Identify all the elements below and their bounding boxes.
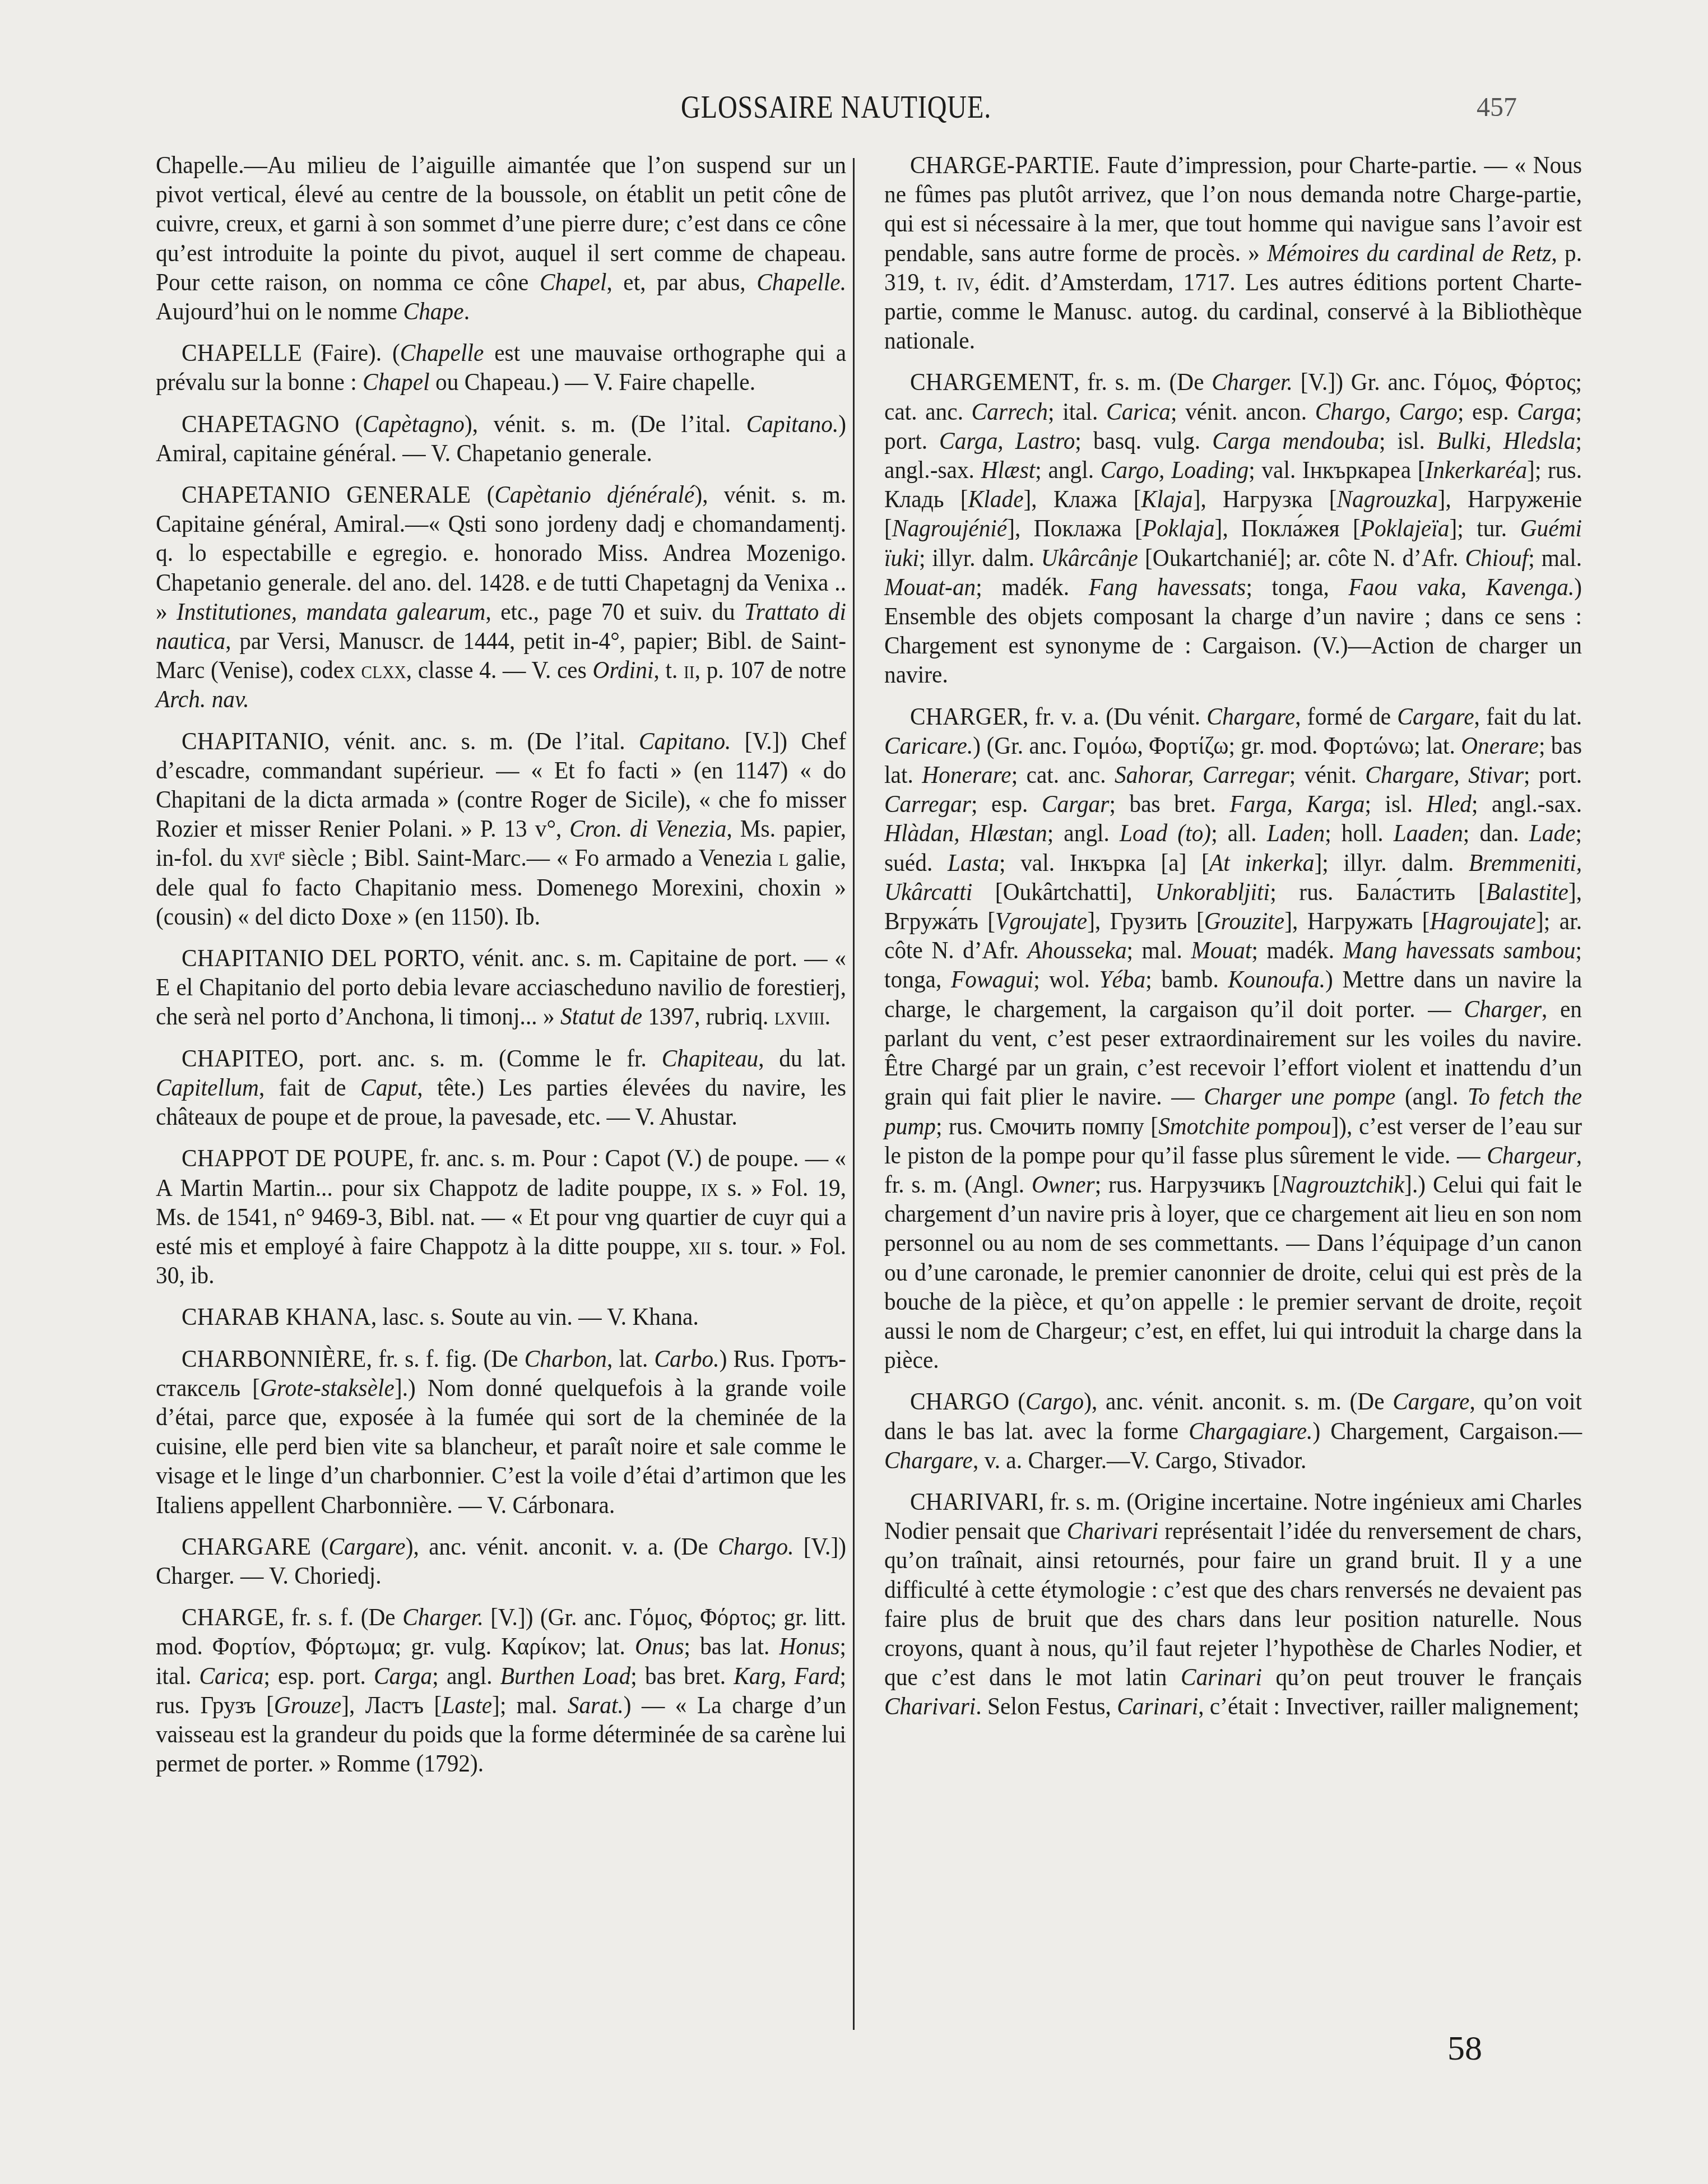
glossary-entry: CHARIVARI, fr. s. m. (Origine incertaine…	[884, 1487, 1582, 1721]
italic-term: Hlàdan, Hlæstan	[884, 819, 1047, 847]
entry-text: ), anc. vénit. anconit. v. a. (De	[406, 1532, 718, 1560]
entry-headword: CHARGARE	[182, 1532, 311, 1560]
italic-term: Institutiones, mandata galearum	[177, 597, 485, 625]
entry-text: ], Грузить [	[1087, 907, 1204, 935]
entry-text: ; holl.	[1325, 819, 1394, 847]
entry-text: ; all.	[1211, 819, 1266, 847]
italic-term: Capitellum	[156, 1073, 259, 1101]
italic-term: Laaden	[1394, 819, 1463, 847]
italic-term: Chargare	[884, 1446, 973, 1474]
entry-text: ; dan.	[1463, 819, 1529, 847]
entry-text: [Oukârtchatti],	[972, 878, 1155, 906]
entry-headword: CHAPITANIO	[182, 727, 324, 755]
italic-term: Poklajeïa	[1361, 514, 1450, 542]
entry-text: ; angl.	[1035, 456, 1101, 484]
left-column-text: Chapelle.—Au milieu de l’aiguille aimant…	[156, 150, 846, 1778]
italic-term: Mouat	[1191, 936, 1251, 964]
italic-term: Charger une pompe	[1204, 1082, 1395, 1110]
glossary-entry: CHARGER, fr. v. a. (Du vénit. Chargare, …	[884, 702, 1582, 1375]
entry-text: , et, par abus,	[607, 268, 757, 296]
italic-term: Laste	[442, 1691, 492, 1719]
entry-text: ; port.	[1524, 761, 1582, 789]
entry-text: (	[1010, 1387, 1025, 1415]
entry-text: (	[471, 480, 495, 508]
italic-term: Cargare	[328, 1532, 405, 1560]
italic-term: Poklaja	[1143, 514, 1215, 542]
italic-term: Carinari	[1181, 1663, 1262, 1691]
italic-term: Smotchite pompou	[1158, 1112, 1331, 1140]
italic-term: Carregar	[884, 790, 971, 818]
entry-headword: CHAPITANIO DEL PORTO	[182, 944, 460, 972]
entry-text: (	[340, 410, 363, 438]
italic-term: Capitano.	[746, 410, 838, 438]
italic-term: Caput	[360, 1073, 417, 1101]
italic-term: Charivari	[1067, 1517, 1158, 1545]
entry-text: , c’était : Invectiver, railler malignem…	[1198, 1692, 1579, 1720]
italic-term: Grouze	[274, 1691, 341, 1719]
entry-text: , du lat.	[758, 1044, 846, 1072]
glossary-entry: CHAPETANIO GENERALE (Capètanio djénéralé…	[156, 480, 846, 714]
entry-text: ), anc. vénit. anconit. s. m. (De	[1084, 1387, 1393, 1415]
entry-text: xii	[688, 1232, 711, 1260]
entry-headword: CHARAB KHANA	[182, 1302, 371, 1330]
italic-term: Charger	[1464, 995, 1542, 1023]
italic-term: Chargagiare.	[1189, 1417, 1312, 1445]
entry-text: ; angl.	[432, 1662, 500, 1690]
entry-text: ; esp.	[1458, 397, 1517, 425]
entry-text: ; basq. vulg.	[1075, 426, 1212, 455]
entry-text: (angl.	[1395, 1082, 1468, 1110]
italic-term: Klade	[968, 485, 1024, 513]
entry-text: [Oukartchanié]; ar. côte N. d’Afr.	[1138, 544, 1465, 572]
glossary-entry: CHARGE-PARTIE. Faute d’impression, pour …	[884, 150, 1582, 355]
italic-term: Honus	[779, 1632, 839, 1660]
italic-term: Chapelle.	[756, 268, 846, 296]
entry-text: ) Chargement, Cargaison.—	[1312, 1417, 1582, 1445]
italic-term: Vgroujate	[995, 907, 1087, 935]
entry-text: ; rus. Нагрузчикъ [	[1095, 1170, 1280, 1198]
entry-text: ]; illyr. dalm.	[1315, 848, 1469, 877]
entry-text: lxviii	[774, 1002, 825, 1030]
italic-term: Hlæst	[981, 456, 1036, 484]
entry-text: , fr. v. a. (Du vénit.	[1023, 702, 1206, 730]
glossary-entry: CHARAB KHANA, lasc. s. Soute au vin. — V…	[156, 1302, 846, 1331]
italic-term: Charger.	[402, 1603, 484, 1631]
entry-text: , v. a. Charger.—V. Cargo, Stivador.	[973, 1446, 1306, 1474]
entry-text: , fait du lat.	[1474, 702, 1582, 730]
running-title: GLOSSAIRE NAUTIQUE.	[681, 90, 991, 126]
italic-term: Honerare	[922, 761, 1011, 789]
entry-text: ; vénit. ancon.	[1171, 397, 1315, 425]
entry-headword: CHAPPOT DE POUPE	[182, 1144, 408, 1172]
italic-term: Cargo	[1025, 1387, 1084, 1415]
italic-term: Inkerkaréa	[1425, 456, 1527, 484]
italic-term: Chargare	[1206, 702, 1295, 730]
entry-text: ], Нагружать [	[1284, 907, 1429, 935]
entry-text: ; esp. port.	[263, 1662, 374, 1690]
italic-term: Carbo.	[654, 1344, 719, 1372]
glossary-entry: CHAPITANIO, vénit. anc. s. m. (De l’ital…	[156, 726, 846, 931]
italic-term: Chargare, Stivar	[1365, 761, 1524, 789]
italic-term: Onerare	[1461, 731, 1539, 759]
italic-term: Unkorabljiti	[1155, 878, 1270, 906]
italic-term: Laden	[1267, 819, 1325, 847]
italic-term: Cargo, Loading	[1101, 456, 1248, 484]
italic-term: Carica	[1106, 397, 1171, 425]
entry-text: ; bas bret.	[630, 1662, 734, 1690]
entry-text: , p. 107 de notre	[695, 656, 846, 684]
entry-text: xvi	[249, 843, 279, 871]
entry-text: ], Нагрузка [	[1193, 485, 1337, 513]
entry-text: , fr. s. m. (De	[1074, 368, 1212, 396]
entry-text: ; bas lat.	[684, 1632, 779, 1660]
left-column: Chapelle.—Au milieu de l’aiguille aimant…	[156, 150, 846, 1790]
italic-term: Burthen Load	[500, 1662, 631, 1690]
page-number: 457	[1477, 92, 1517, 123]
entry-text: ; isl.	[1379, 426, 1437, 455]
entry-text: Aujourd’hui on le nomme	[156, 297, 403, 325]
entry-text: ], Клажа [	[1024, 485, 1141, 513]
signature-mark: 58	[1447, 2029, 1482, 2069]
entry-headword: CHARIVARI	[910, 1487, 1038, 1515]
entry-text: ], Ластъ [	[341, 1691, 442, 1719]
entry-text: , lasc. s. Soute au vin. — V. Khana.	[371, 1302, 699, 1330]
entry-text: (Faire). (	[302, 339, 400, 367]
entry-text: ou Chapeau.) — V. Faire chapelle.	[430, 368, 755, 396]
italic-term: Nagroujénié	[892, 514, 1007, 542]
entry-headword: CHAPITEO	[182, 1044, 298, 1072]
entry-text: ii	[684, 656, 695, 684]
italic-term: Chargeur	[1487, 1141, 1576, 1169]
italic-term: Cargare	[1397, 702, 1474, 730]
italic-term: Yéba	[1099, 965, 1145, 993]
right-column: CHARGE-PARTIE. Faute d’impression, pour …	[884, 150, 1582, 1733]
italic-term: Arch. nav.	[156, 685, 249, 713]
entry-text: l	[778, 843, 788, 871]
italic-term: Carrech	[972, 397, 1048, 425]
entry-text: ; wol.	[1033, 965, 1099, 993]
italic-term: Chape	[403, 297, 464, 325]
entry-text: ᵉ siècle ; Bibl. Saint-Marc.— « Fo armad…	[279, 843, 779, 871]
entry-text: iv	[957, 268, 974, 296]
entry-headword: CHARBONNIÈRE	[182, 1344, 366, 1372]
entry-headword: CHARGO	[910, 1387, 1010, 1415]
italic-term: Chargo.	[718, 1532, 793, 1560]
entry-text: , port. anc. s. m. (Comme le fr.	[298, 1044, 661, 1072]
entry-headword: CHAPETAGNO	[182, 410, 340, 438]
italic-term: Lasta	[948, 848, 999, 877]
italic-term: Charger.	[1212, 368, 1293, 396]
entry-text: , lat.	[607, 1344, 654, 1372]
column-divider	[853, 158, 855, 2030]
entry-text: (	[311, 1532, 328, 1560]
glossary-entry: CHARGE, fr. s. f. (De Charger. [V.]) (Gr…	[156, 1602, 846, 1778]
italic-term: Karg, Fard	[734, 1662, 839, 1690]
entry-text: ; mal.	[1127, 936, 1191, 964]
glossary-entry: CHARGARE (Cargare), anc. vénit. anconit.…	[156, 1532, 846, 1590]
entry-text: ; mal.	[1528, 544, 1582, 572]
entry-text: , fait de	[259, 1073, 360, 1101]
entry-text: ; rus. Смочить помпу [	[936, 1112, 1158, 1140]
italic-term: Grouzite	[1204, 907, 1284, 935]
italic-term: Fowagui	[951, 965, 1033, 993]
italic-term: Capètanio djénéralé	[494, 480, 694, 508]
entry-text: ; rus. Бала́стить [	[1270, 878, 1486, 906]
entry-text: ), vénit. s. m. (De l’ital.	[465, 410, 746, 438]
entry-text: ; esp.	[971, 790, 1042, 818]
italic-term: At inkerka	[1209, 848, 1315, 877]
italic-term: Hled	[1427, 790, 1472, 818]
italic-term: Ordini	[593, 656, 654, 684]
entry-text: ; madék.	[976, 573, 1088, 601]
italic-term: Statut de	[560, 1002, 642, 1030]
italic-term: Onus	[635, 1632, 684, 1660]
entry-text: clxx	[361, 656, 406, 684]
entry-text: , fr. s. f. (De	[279, 1603, 402, 1631]
italic-term: Chapiteau	[662, 1044, 759, 1072]
italic-term: Balastite	[1486, 878, 1568, 906]
italic-term: Carica	[199, 1662, 263, 1690]
italic-term: Carinari	[1117, 1692, 1198, 1720]
italic-term: Capètagno	[363, 410, 465, 438]
right-column-text: CHARGE-PARTIE. Faute d’impression, pour …	[884, 150, 1582, 1721]
entry-text: 1397, rubriq.	[642, 1002, 774, 1030]
italic-term: Charivari	[884, 1692, 976, 1720]
italic-term: Carga mendouba	[1212, 426, 1379, 455]
glossary-entry: CHARBONNIÈRE, fr. s. f. fig. (De Charbon…	[156, 1344, 846, 1519]
entry-text: ; cat. anc.	[1011, 761, 1115, 789]
italic-term: Hagroujate	[1430, 907, 1536, 935]
entry-text: ix	[701, 1174, 718, 1202]
glossary-entry: CHAPITEO, port. anc. s. m. (Comme le fr.…	[156, 1044, 846, 1132]
italic-term: Faou vaka, Kavenga.	[1349, 573, 1575, 601]
italic-term: Carga, Lastro	[939, 426, 1075, 455]
italic-term: Kounoufa.	[1228, 965, 1325, 993]
entry-text: , fr. s. f. fig. (De	[366, 1344, 525, 1372]
entry-text: ]; mal.	[492, 1691, 568, 1719]
entry-text: ) (Gr. anc. Γομόω, Φορτίζω; gr. mod. Φορ…	[973, 731, 1461, 759]
italic-term: Carga	[374, 1662, 432, 1690]
entry-text: ; bas bret.	[1109, 790, 1229, 818]
italic-term: Caricare.	[884, 731, 973, 759]
entry-text: ], Поклажа [	[1007, 514, 1143, 542]
entry-text: ; val. Інкъркареа [	[1248, 456, 1425, 484]
italic-term: Chapel	[540, 268, 607, 296]
italic-term: Cargar	[1042, 790, 1109, 818]
italic-term: Chargo, Cargo	[1315, 397, 1458, 425]
entry-text: ; angl.-sax.	[1472, 790, 1582, 818]
italic-term: Chapel	[363, 368, 430, 396]
entry-headword: CHAPELLE	[182, 339, 302, 367]
entry-text: ; val. Інкърка [а] [	[999, 848, 1209, 877]
entry-text: ]; tur.	[1449, 514, 1520, 542]
page-header: GLOSSAIRE NAUTIQUE. 457	[0, 90, 1708, 129]
entry-text: .	[464, 297, 470, 325]
glossary-entry: CHAPETAGNO (Capètagno), vénit. s. m. (De…	[156, 409, 846, 467]
entry-text: ], Покла́жея [	[1215, 514, 1361, 542]
entry-headword: CHARGEMENT	[910, 368, 1074, 396]
italic-term: Grote-staksèle	[260, 1374, 394, 1402]
entry-text: ; illyr. dalm.	[919, 544, 1041, 572]
entry-text: .	[825, 1002, 830, 1030]
entry-text: ; bamb.	[1145, 965, 1228, 993]
entry-text: ; madék.	[1252, 936, 1343, 964]
entry-text: ; angl.	[1047, 819, 1120, 847]
italic-term: Nagrouzka	[1336, 485, 1437, 513]
entry-text: , vénit. anc. s. m. (De l’ital.	[324, 727, 639, 755]
italic-term: Bulki, Hledsla	[1437, 426, 1576, 455]
glossary-entry: CHAPELLE (Faire). (Chapelle est une mauv…	[156, 338, 846, 396]
entry-text: ; vénit.	[1289, 761, 1366, 789]
italic-term: Carga	[1517, 397, 1575, 425]
entry-headword: CHARGER	[910, 702, 1023, 730]
italic-term: Ahousseka	[1028, 936, 1127, 964]
glossary-entry: CHAPITANIO DEL PORTO, vénit. anc. s. m. …	[156, 943, 846, 1031]
entry-text: ; isl.	[1365, 790, 1427, 818]
italic-term: Chapelle	[400, 339, 484, 367]
italic-term: Sarat.	[568, 1691, 624, 1719]
italic-term: Sahorar, Carregar	[1115, 761, 1289, 789]
entry-text: , t.	[653, 656, 684, 684]
entry-text: ; tonga,	[1246, 573, 1348, 601]
italic-term: Lade	[1529, 819, 1576, 847]
entry-headword: CHARGE	[182, 1603, 279, 1631]
glossary-entry: Chapelle.—Au milieu de l’aiguille aimant…	[156, 150, 846, 326]
entry-headword: CHARGE-PARTIE	[910, 151, 1094, 179]
italic-term: Cron. di Venezia	[569, 814, 726, 842]
italic-term: Mouat-an	[884, 573, 976, 601]
entry-text: , classe 4. — V. ces	[406, 656, 593, 684]
italic-term: Owner	[1032, 1170, 1095, 1198]
italic-term: Cargare	[1393, 1387, 1469, 1415]
entry-text: , etc., page 70 et suiv. du	[485, 597, 744, 625]
entry-text: ; ital.	[1048, 397, 1106, 425]
entry-headword: CHAPETANIO GENERALE	[182, 480, 471, 508]
glossary-entry: CHAPPOT DE POUPE, fr. anc. s. m. Pour : …	[156, 1143, 846, 1290]
italic-term: Charbon	[525, 1344, 607, 1372]
entry-text: . Selon Festus,	[976, 1692, 1117, 1720]
italic-term: Chiouf	[1465, 544, 1528, 572]
italic-term: Farga, Karga	[1229, 790, 1364, 818]
italic-term: Load (to)	[1120, 819, 1211, 847]
italic-term: Fang havessats	[1089, 573, 1246, 601]
entry-text: , formé de	[1295, 702, 1397, 730]
glossary-entry: CHARGO (Cargo), anc. vénit. anconit. s. …	[884, 1387, 1582, 1474]
entry-text: qu’on peut trouver le français	[1262, 1663, 1582, 1691]
italic-term: Mémoires du cardinal de Retz	[1267, 239, 1551, 267]
entry-text: , édit. d’Amsterdam, 1717. Les autres éd…	[884, 268, 1582, 354]
italic-term: Mang havessats sambou	[1343, 936, 1576, 964]
italic-term: Capitano.	[639, 727, 731, 755]
glossary-entry: CHARGEMENT, fr. s. m. (De Charger. [V.])…	[884, 367, 1582, 689]
italic-term: Nagrouztchik	[1280, 1170, 1405, 1198]
entry-text: ].) Celui qui fait le chargement d’un na…	[884, 1170, 1582, 1374]
italic-term: Ukârcânje	[1041, 544, 1138, 572]
italic-term: Klaja	[1141, 485, 1193, 513]
